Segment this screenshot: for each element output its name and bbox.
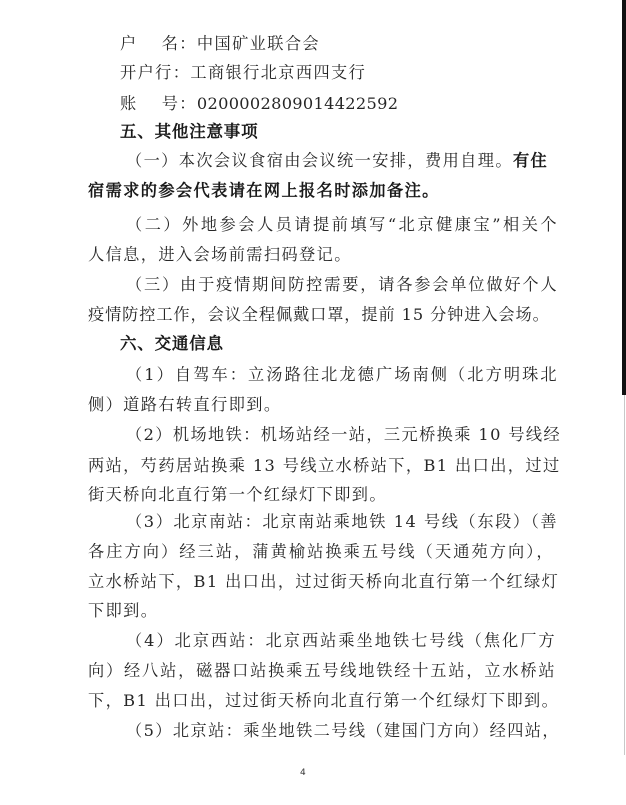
bold-text-segment: 有住 — [513, 151, 548, 170]
section6-item2-line1: （2）机场地铁：机场站经一站，三元桥换乘 10 号线经 — [126, 424, 558, 446]
account-name-row: 户 名：中国矿业联合会 — [120, 33, 320, 55]
section-5-heading: 五、其他注意事项 — [120, 121, 258, 143]
document-page: 户 名：中国矿业联合会 开户行：工商银行北京西四支行 账 号：020000280… — [0, 0, 626, 805]
section5-item2-line2: 人信息，进入会场前需扫码登记。 — [88, 244, 352, 266]
account-name-value: 中国矿业联合会 — [197, 34, 320, 53]
section6-item4-line1: （4）北京西站：北京西站乘坐地铁七号线（焦化厂方 — [126, 630, 556, 652]
account-name-label: 户 名： — [120, 34, 197, 53]
section5-item1-line2: 宿需求的参会代表请在网上报名时添加备注。 — [88, 180, 440, 202]
section6-item1-line2: 侧）道路右转直行即到。 — [88, 394, 281, 416]
account-bank-label: 开户行： — [120, 63, 190, 82]
section6-item4-line3: 下，B1 出口出，过过街天桥向北直行第一个红绿灯下即到。 — [88, 690, 558, 712]
section6-item3-line3: 立水桥站下，B1 出口出，过过街天桥向北直行第一个红绿灯 — [88, 571, 558, 593]
section-6-heading: 六、交通信息 — [120, 333, 224, 355]
section5-item3-line1: （三）由于疫情期间防控需要，请各参会单位做好个人 — [126, 274, 558, 296]
account-bank-value: 工商银行北京西四支行 — [190, 63, 366, 82]
section5-item1-line1: （一）本次会议食宿由会议统一安排，费用自理。有住 — [126, 150, 558, 172]
scan-edge-line — [624, 395, 625, 755]
section6-item2-line2: 两站，芍药居站换乘 13 号线立水桥站下，B1 出口出，过过 — [88, 455, 558, 477]
section6-item3-line1: （3）北京南站：北京南站乘地铁 14 号线（东段）（善 — [126, 511, 558, 533]
section5-item3-line2: 疫情防控工作，会议全程佩戴口罩，提前 15 分钟进入会场。 — [88, 304, 550, 326]
section6-item3-line2: 各庄方向）经三站，蒲黄榆站换乘五号线（天通苑方向）， — [88, 541, 554, 563]
text-segment: （一）本次会议食宿由会议统一安排，费用自理。 — [126, 151, 513, 170]
section6-item1-line1: （1）自驾车：立汤路往北龙德广场南侧（北方明珠北 — [126, 364, 558, 386]
section6-item4-line2: 向）经八站，磁器口站换乘五号线地铁经十五站，立水桥站 — [88, 660, 556, 682]
account-bank-row: 开户行：工商银行北京西四支行 — [120, 62, 366, 84]
section6-item3-line4: 下即到。 — [88, 600, 158, 622]
section5-item2-line1: （二）外地参会人员请提前填写“北京健康宝”相关个 — [126, 214, 558, 236]
scan-edge-shadow — [622, 0, 626, 395]
account-number-row: 账 号：0200002809014422592 — [120, 93, 398, 115]
section6-item5-line1: （5）北京站：乘坐地铁二号线（建国门方向）经四站， — [126, 720, 560, 742]
section6-item2-line3: 街天桥向北直行第一个红绿灯下即到。 — [88, 484, 387, 506]
account-number-value: 0200002809014422592 — [197, 94, 398, 113]
account-number-label: 账 号： — [120, 94, 197, 113]
page-number: 4 — [300, 768, 306, 778]
